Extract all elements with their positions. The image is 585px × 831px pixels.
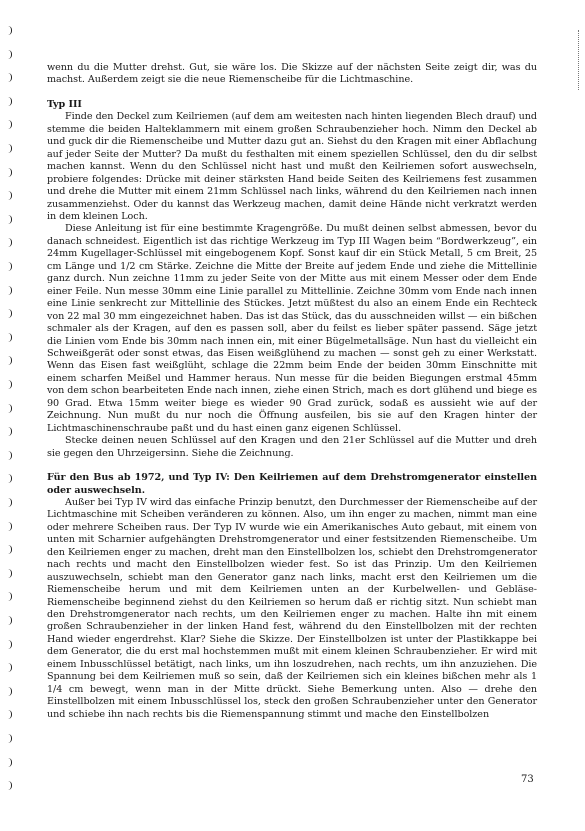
binding-mark <box>8 522 12 531</box>
page-edge-dotted-line <box>578 30 581 90</box>
binding-mark <box>8 333 12 342</box>
binding-mark <box>8 238 12 247</box>
binding-mark <box>8 120 12 129</box>
binding-mark <box>8 404 12 413</box>
binding-mark <box>8 663 12 672</box>
binding-mark <box>8 758 12 767</box>
binding-mark <box>8 474 12 483</box>
paragraph-use-key: Stecke deinen neuen Schlüssel auf den Kr… <box>47 435 537 460</box>
section-heading-bus-typ-iv: Für den Bus ab 1972, und Typ IV: Den Kei… <box>47 472 537 497</box>
binding-mark <box>8 26 12 35</box>
binding-mark <box>8 191 12 200</box>
binding-mark <box>8 168 12 177</box>
binding-mark <box>8 781 12 790</box>
binding-mark <box>8 687 12 696</box>
binding-mark <box>8 710 12 719</box>
binding-mark <box>8 97 12 106</box>
binding-mark <box>8 640 12 649</box>
binding-mark <box>8 286 12 295</box>
binding-mark <box>8 356 12 365</box>
binding-mark <box>8 498 12 507</box>
binding-mark <box>8 427 12 436</box>
binding-mark <box>8 545 12 554</box>
page-body: wenn du die Mutter drehst. Gut, sie wäre… <box>47 62 537 721</box>
section-heading-typ-iii: Typ III <box>47 99 537 111</box>
paragraph-tool-instructions: Diese Anleitung ist für eine bestimmte K… <box>47 223 537 435</box>
binding-mark <box>8 309 12 318</box>
binding-mark <box>8 734 12 743</box>
binding-mark <box>8 215 12 224</box>
binding-mark <box>8 592 12 601</box>
binding-mark <box>8 380 12 389</box>
page-number: 73 <box>521 774 534 785</box>
binding-mark <box>8 73 12 82</box>
paragraph-continuation: wenn du die Mutter drehst. Gut, sie wäre… <box>47 62 537 87</box>
binding-mark <box>8 144 12 153</box>
binding-mark <box>8 451 12 460</box>
paragraph-typ-iii-intro: Finde den Deckel zum Keilriemen (auf dem… <box>47 111 537 223</box>
binding-mark <box>8 569 12 578</box>
binding-mark <box>8 262 12 271</box>
binding-mark <box>8 50 12 59</box>
binding-mark <box>8 616 12 625</box>
paragraph-typ-iv-instructions: Außer bei Typ IV wird das einfache Prinz… <box>47 497 537 721</box>
binding-hole-marks <box>4 26 16 806</box>
